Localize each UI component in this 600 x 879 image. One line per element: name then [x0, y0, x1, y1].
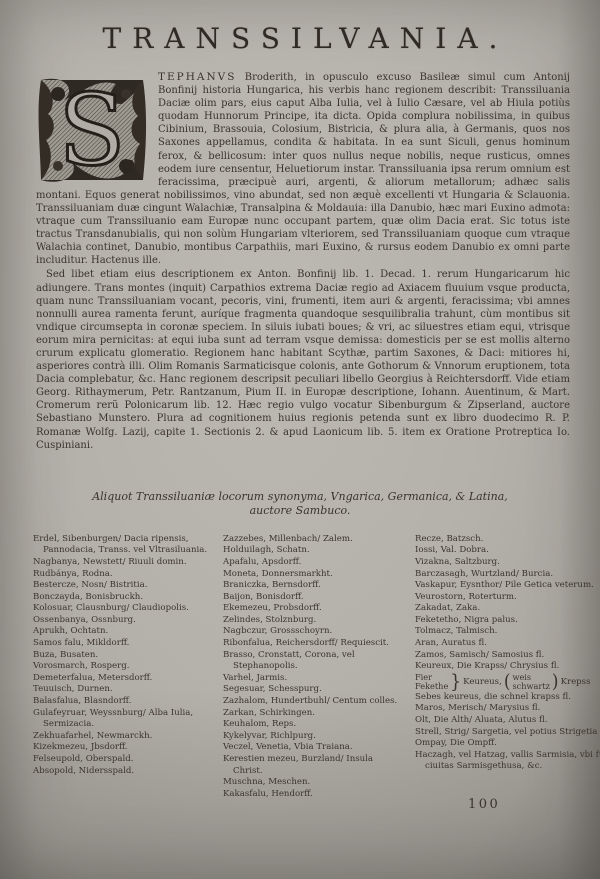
- synonym-entry: Zamos, Samisch/ Samosius fl.: [415, 650, 600, 662]
- synonym-entry: Veczel, Venetia, Vbia Traiana.: [223, 742, 403, 754]
- synonym-entry: Kizekmezeu, Jbsdorff.: [33, 742, 211, 754]
- synonym-entry: Zekhuafarhel, Newmarckh.: [33, 731, 211, 743]
- synonym-entry-braced: FierFekethe}Keureus,(weisschwartz)Krepss: [415, 673, 600, 692]
- synonym-entry: Sebes keureus, die schnel krapss fl.: [415, 692, 600, 704]
- synonym-entry: Maros, Merisch/ Marysius fl.: [415, 703, 600, 715]
- synonym-entry: Veurostorn, Roterturm.: [415, 592, 600, 604]
- synonym-entry: Rudbánya, Rodna.: [33, 569, 211, 581]
- synonym-entry: Felseupold, Oberspald.: [33, 754, 211, 766]
- synonym-entry: Nagbanya, Newstett/ Riuuli domin.: [33, 557, 211, 569]
- synonym-entry: Ompay, Die Ompff.: [415, 738, 600, 750]
- synonym-entry: Kolosuar, Clausnburg/ Claudiopolis.: [33, 603, 211, 615]
- synonym-entry: Kerestien mezeu, Burzland/ Insula Christ…: [223, 754, 403, 777]
- paragraph-bonfinius: Sed libet etiam eius descriptionem ex An…: [36, 268, 570, 451]
- synonym-entry: Teuuisch, Durnen.: [33, 684, 211, 696]
- paren-open-icon: (: [504, 677, 511, 687]
- synonym-column-1: Erdel, Sibenburgen/ Dacia ripensis, Pann…: [33, 534, 211, 801]
- synonym-entry: Balasfalua, Blasndorff.: [33, 696, 211, 708]
- synonym-entry: Keuhalom, Reps.: [223, 719, 403, 731]
- synonym-entry: Recze, Batzsch.: [415, 534, 600, 546]
- synonym-entry: Braniczka, Bernsdorff.: [223, 580, 403, 592]
- synonym-entry: Holduilagh, Schatn.: [223, 545, 403, 557]
- synonym-word: Krepss: [561, 678, 591, 688]
- synonym-entry: Baijon, Bonisdorff.: [223, 592, 403, 604]
- synonym-entry: Vizakna, Saltzburg.: [415, 557, 600, 569]
- synonym-entry: Apafalu, Apsdorff.: [223, 557, 403, 569]
- synonym-entry: Zazhalom, Hundertbuhl/ Centum colles.: [223, 696, 403, 708]
- synonym-entry: Bonczayda, Bonisbruckh.: [33, 592, 211, 604]
- synonym-entry: Vaskapur, Eysnthor/ Pile Getica veterum.: [415, 580, 600, 592]
- synonym-entry: Gulafeyruar, Weyssnburg/ Alba Iulia, Ser…: [33, 708, 211, 731]
- synonym-entry: Haczagh, vel Hatzag, vallis Sarmisia, vb…: [415, 750, 600, 773]
- synonym-entry: Segesuar, Schesspurg.: [223, 684, 403, 696]
- synonym-entry: Ekemezeu, Probsdorff.: [223, 603, 403, 615]
- synonym-entry: Buza, Busaten.: [33, 650, 211, 662]
- synonym-entry: Ribonfalua, Reichersdorff/ Requiescit.: [223, 638, 403, 650]
- synonym-entry: Zelindes, Stolznburg.: [223, 615, 403, 627]
- synonym-column-2: Zazzebes, Millenbach/ Zalem.Holduilagh, …: [223, 534, 403, 801]
- synonyms-heading: Aliquot Transsiluaniæ locorum synonyma, …: [0, 490, 600, 518]
- synonym-entry: Vorosmarch, Rosperg.: [33, 661, 211, 673]
- svg-text:S: S: [58, 74, 125, 186]
- synonym-entry: Varhel, Jarmis.: [223, 673, 403, 685]
- synonym-entry: Erdel, Sibenburgen/ Dacia ripensis, Pann…: [33, 534, 211, 557]
- synonym-entry: Strell, Strig/ Sargetia, vel potius Stri…: [415, 727, 600, 739]
- paren-close-icon: ): [552, 677, 559, 687]
- synonym-entry: Barczasagh, Wurtzland/ Burcia.: [415, 569, 600, 581]
- synonym-column-3: Recze, Batzsch.Iossi, Val. Dobra.Vizakna…: [415, 534, 600, 801]
- book-page: TRANSSILVANIA. S: [0, 0, 600, 879]
- synonym-entry: Aprukh, Ochtatn.: [33, 626, 211, 638]
- brace-icon: }: [450, 677, 461, 687]
- synonym-entry: Iossi, Val. Dobra.: [415, 545, 600, 557]
- synonym-entry: Feketetho, Nigra palus.: [415, 615, 600, 627]
- initial-s-woodcut-icon: S: [36, 74, 148, 186]
- page-title: TRANSSILVANIA.: [0, 0, 600, 55]
- intro-text-block: S TEPHANVS Broderith, in opusculo excuso…: [36, 71, 570, 452]
- synonym-entry: Tolmacz, Talmisch.: [415, 626, 600, 638]
- lead-word: TEPHANVS: [158, 71, 236, 83]
- synonym-entry: Samos falu, Mikldorff.: [33, 638, 211, 650]
- synonym-entry: Muschna, Meschen.: [223, 777, 403, 789]
- initial-s-woodcut: S: [36, 74, 148, 186]
- synonyms-table: Erdel, Sibenburgen/ Dacia ripensis, Pann…: [33, 534, 576, 801]
- synonym-entry: Ossenbanya, Ossnburg.: [33, 615, 211, 627]
- synonym-entry: Zakadat, Zaka.: [415, 603, 600, 615]
- synonym-entry: Zarkan, Schirkingen.: [223, 708, 403, 720]
- synonyms-heading-line1: Aliquot Transsiluaniæ locorum synonyma, …: [0, 490, 600, 504]
- synonym-entry: Kakasfalu, Hendorff.: [223, 789, 403, 801]
- synonym-entry: Aran, Auratus fl.: [415, 638, 600, 650]
- synonym-entry: Absopold, Nidersspald.: [33, 766, 211, 778]
- synonym-entry: Zazzebes, Millenbach/ Zalem.: [223, 534, 403, 546]
- stacked-words: FierFekethe: [415, 673, 448, 692]
- synonym-entry: Moneta, Donnersmarkht.: [223, 569, 403, 581]
- synonyms-heading-line2: auctore Sambuco.: [0, 504, 600, 518]
- synonym-entry: Kykelyvar, Richlpurg.: [223, 731, 403, 743]
- synonym-word: Keureus,: [463, 678, 502, 688]
- stacked-words: weisschwartz: [512, 673, 549, 692]
- synonym-entry: Demeterfalua, Metersdorff.: [33, 673, 211, 685]
- synonym-entry: Bestercze, Nosn/ Bistritia.: [33, 580, 211, 592]
- synonym-entry: Nagbczur, Grossschoyrn.: [223, 626, 403, 638]
- synonym-entry: Brasso, Cronstatt, Corona, vel Stephanop…: [223, 650, 403, 673]
- synonym-entry: Olt, Die Alth/ Aluata, Alutus fl.: [415, 715, 600, 727]
- page-number: 100: [468, 797, 500, 812]
